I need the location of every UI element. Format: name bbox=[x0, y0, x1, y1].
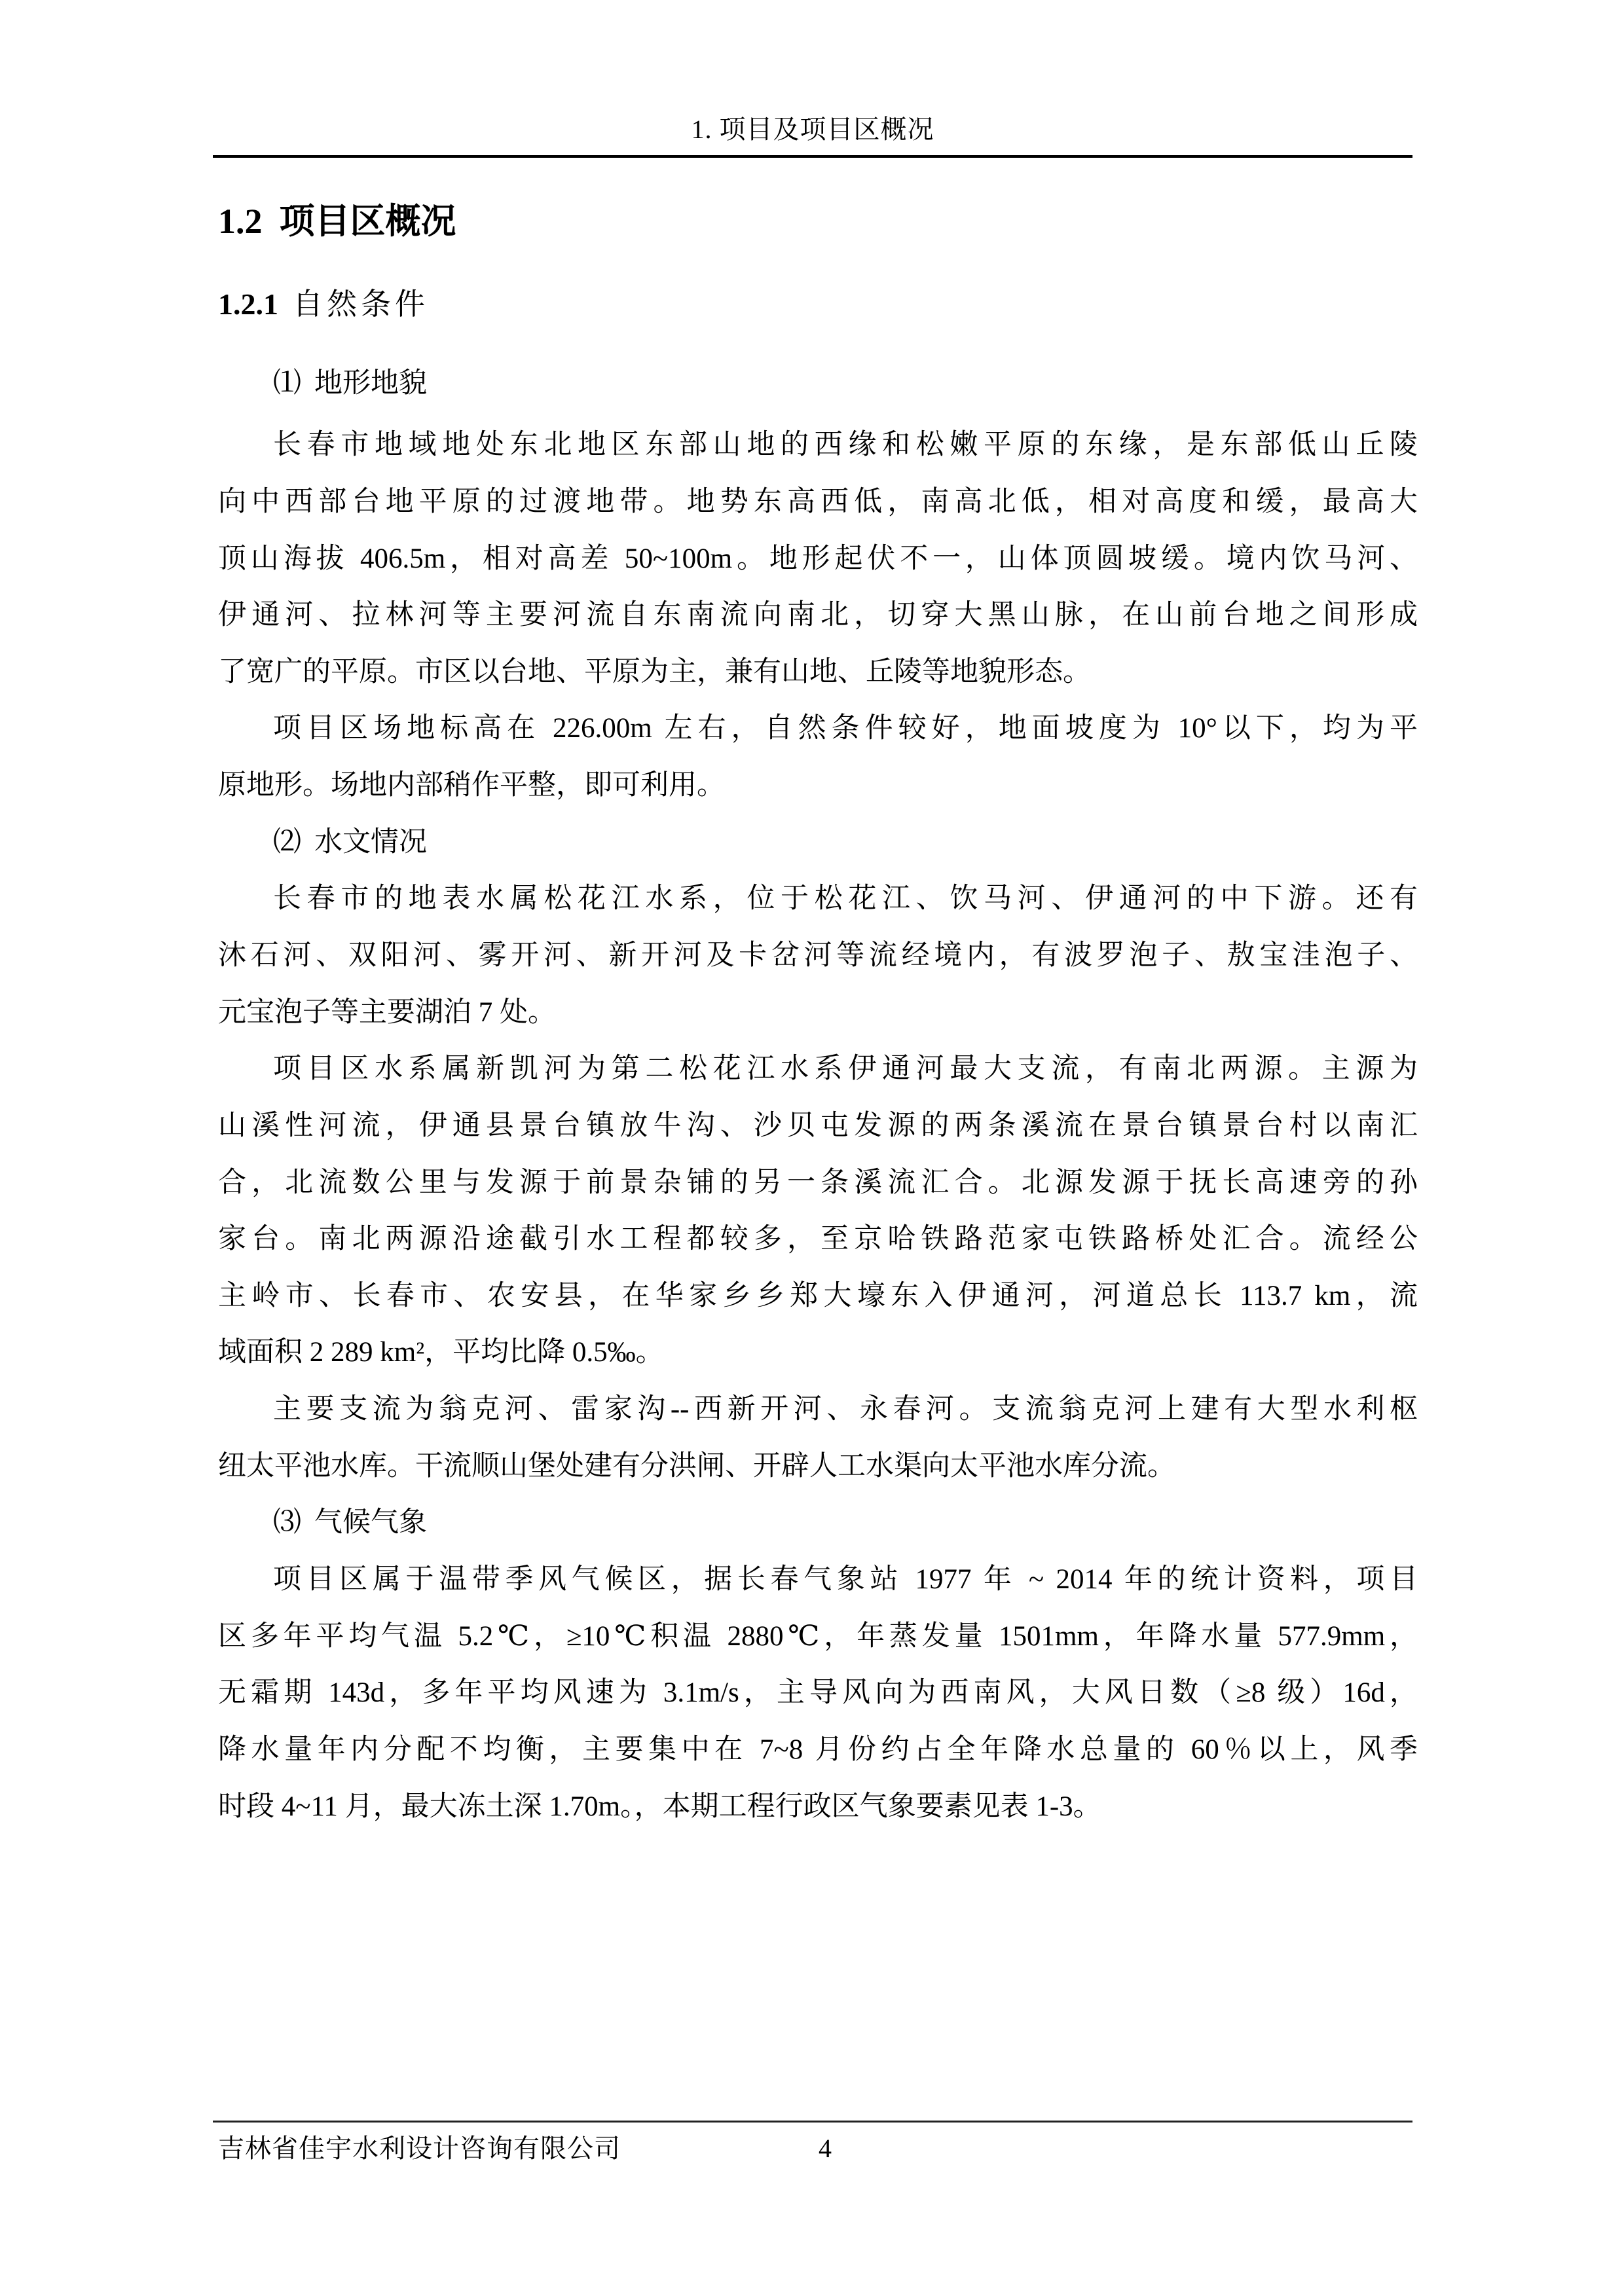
body-line: 区多年平均气温 5.2℃，≥10℃积温 2880℃，年蒸发量 1501mm，年降… bbox=[218, 1617, 1418, 1656]
document-page: 1. 项目及项目区概况 1.2项目区概况 1.2.1自然条件 ⑴地形地貌 长春市… bbox=[0, 0, 1624, 2296]
page-number: 4 bbox=[819, 2132, 832, 2166]
body-line: 降水量年内分配不均衡，主要集中在 7~8 月份约占全年降水总量的 60％以上，风… bbox=[218, 1730, 1418, 1770]
header-rule bbox=[213, 155, 1412, 158]
topic-heading-terrain: ⑴地形地貌 bbox=[273, 364, 427, 403]
body-line: 长春市的地表水属松花江水系，位于松花江、饮马河、伊通河的中下游。还有 bbox=[273, 879, 1418, 919]
body-line: 山溪性河流，伊通县景台镇放牛沟、沙贝屯发源的两条溪流在景台镇景台村以南汇 bbox=[218, 1106, 1418, 1146]
body-line: 时段 4~11 月，最大冻土深 1.70m。，本期工程行政区气象要素见表 1-3… bbox=[218, 1787, 1418, 1827]
topic-title: 地形地貌 bbox=[314, 368, 427, 399]
section-title: 项目区概况 bbox=[280, 202, 456, 241]
body-line: 沐石河、双阳河、雾开河、新开河及卡岔河等流经境内，有波罗泡子、敖宝洼泡子、 bbox=[218, 936, 1418, 975]
section-heading: 1.2项目区概况 bbox=[218, 200, 456, 243]
topic-heading-climate: ⑶气候气象 bbox=[273, 1503, 427, 1542]
body-line: 了宽广的平原。市区以台地、平原为主，兼有山地、丘陵等地貌形态。 bbox=[218, 653, 1418, 692]
body-line: 元宝泡子等主要湖泊 7 处。 bbox=[218, 993, 1418, 1032]
body-line: 域面积 2 289 km²，平均比降 0.5‰。 bbox=[218, 1333, 1418, 1372]
body-line: 原地形。场地内部稍作平整，即可利用。 bbox=[218, 766, 1418, 805]
body-line: 家台。南北两源沿途截引水工程都较多，至京哈铁路范家屯铁路桥处汇合。流经公 bbox=[218, 1220, 1418, 1259]
body-line: 向中西部台地平原的过渡地带。地势东高西低，南高北低，相对高度和缓，最高大 bbox=[218, 483, 1418, 522]
footer-company-name: 吉林省佳宇水利设计咨询有限公司 bbox=[218, 2132, 621, 2166]
topic-marker: ⑴ bbox=[273, 368, 301, 399]
subsection-number: 1.2.1 bbox=[218, 287, 278, 321]
body-line: 项目区水系属新凯河为第二松花江水系伊通河最大支流，有南北两源。主源为 bbox=[273, 1049, 1418, 1089]
body-line: 顶山海拔 406.5m，相对高差 50~100m。地形起伏不一，山体顶圆坡缓。境… bbox=[218, 539, 1418, 579]
topic-title: 水文情况 bbox=[314, 827, 427, 858]
body-line: 项目区场地标高在 226.00m 左右，自然条件较好，地面坡度为 10°以下，均… bbox=[273, 709, 1418, 748]
body-line: 主要支流为翁克河、雷家沟--西新开河、永春河。支流翁克河上建有大型水利枢 bbox=[273, 1390, 1418, 1429]
body-line: 主岭市、长春市、农安县，在华家乡乡郑大壕东入伊通河，河道总长 113.7 km，… bbox=[218, 1277, 1418, 1316]
topic-marker: ⑶ bbox=[273, 1507, 301, 1538]
topic-heading-hydrology: ⑵水文情况 bbox=[273, 823, 427, 862]
topic-title: 气候气象 bbox=[314, 1507, 427, 1538]
section-number: 1.2 bbox=[218, 202, 263, 241]
body-line: 长春市地域地处东北地区东部山地的西缘和松嫩平原的东缘，是东部低山丘陵 bbox=[273, 426, 1418, 465]
body-line: 纽太平池水库。干流顺山堡处建有分洪闸、开辟人工水渠向太平池水库分流。 bbox=[218, 1447, 1418, 1486]
body-line: 项目区属于温带季风气候区，据长春气象站 1977 年 ~ 2014 年的统计资料… bbox=[273, 1560, 1418, 1599]
subsection-heading: 1.2.1自然条件 bbox=[218, 285, 429, 323]
body-line: 无霜期 143d，多年平均风速为 3.1m/s，主导风向为西南风，大风日数（≥8… bbox=[218, 1673, 1418, 1713]
body-line: 伊通河、拉林河等主要河流自东南流向南北，切穿大黑山脉，在山前台地之间形成 bbox=[218, 596, 1418, 635]
subsection-title: 自然条件 bbox=[293, 287, 429, 321]
topic-marker: ⑵ bbox=[273, 827, 301, 858]
running-header: 1. 项目及项目区概况 bbox=[213, 110, 1412, 149]
body-line: 合，北流数公里与发源于前景杂铺的另一条溪流汇合。北源发源于抚长高速旁的孙 bbox=[218, 1163, 1418, 1203]
footer-rule bbox=[213, 2121, 1412, 2123]
